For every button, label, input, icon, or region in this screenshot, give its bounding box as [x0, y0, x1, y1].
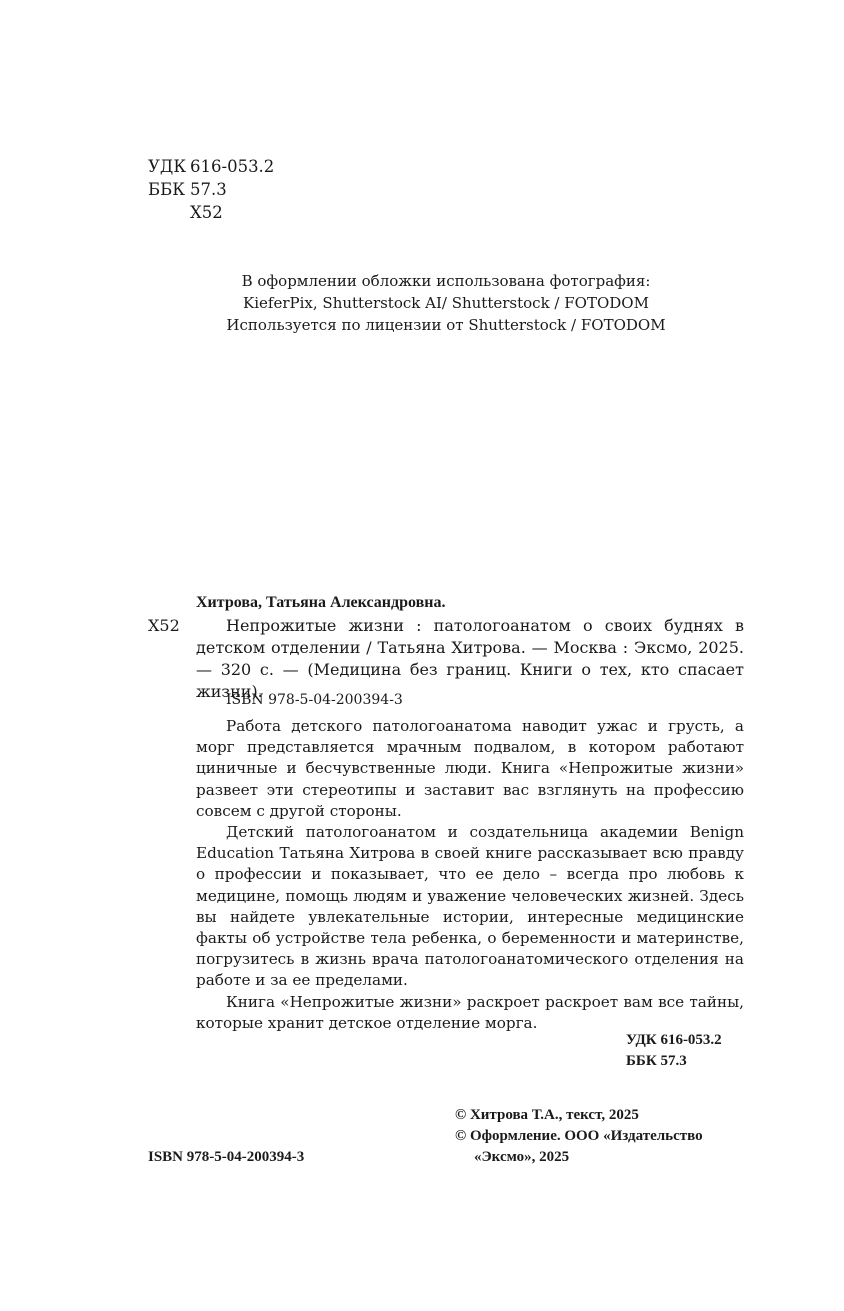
author-code: Х52	[148, 615, 180, 637]
abstract: Работа детского патологоанатома наводит …	[196, 716, 744, 1034]
cover-credits: В оформлении обложки использована фотогр…	[196, 270, 696, 336]
copyright-block: © Хитрова Т.А., текст, 2025 © Оформление…	[455, 1105, 703, 1168]
copyright-publisher: «Эксмо», 2025	[455, 1147, 703, 1168]
credit-line: В оформлении обложки использована фотогр…	[196, 270, 696, 292]
isbn-footer: ISBN 978-5-04-200394-3	[148, 1147, 304, 1168]
abstract-paragraph: Детский патологоанатом и создательница а…	[196, 822, 744, 992]
copyright-text: © Хитрова Т.А., текст, 2025	[455, 1105, 703, 1126]
credit-line: Используется по лицензии от Shutterstock…	[196, 314, 696, 336]
credit-line: KieferPix, Shutterstock AI/ Shutterstock…	[196, 292, 696, 314]
abstract-paragraph: Работа детского патологоанатома наводит …	[196, 716, 744, 822]
bbk-label: ББК	[148, 178, 190, 201]
udk-bbk-block: УДК 616-053.2 ББК 57.3	[626, 1030, 722, 1072]
udk-label: УДК	[148, 155, 190, 178]
classification-block: УДК616-053.2 ББК57.3 Х52	[148, 155, 274, 224]
isbn-record: ISBN 978-5-04-200394-3	[226, 690, 403, 710]
bbk-value: 57.3	[190, 178, 227, 201]
bbk-line: ББК 57.3	[626, 1051, 722, 1072]
udk-value: 616-053.2	[190, 155, 274, 178]
copyright-design: © Оформление. ООО «Издательство	[455, 1126, 703, 1147]
author-mark: Х52	[190, 201, 223, 224]
abstract-paragraph: Книга «Непрожитые жизни» раскроет раскро…	[196, 992, 744, 1034]
udk-line: УДК 616-053.2	[626, 1030, 722, 1051]
author-name: Хитрова, Татьяна Александровна.	[196, 592, 445, 614]
